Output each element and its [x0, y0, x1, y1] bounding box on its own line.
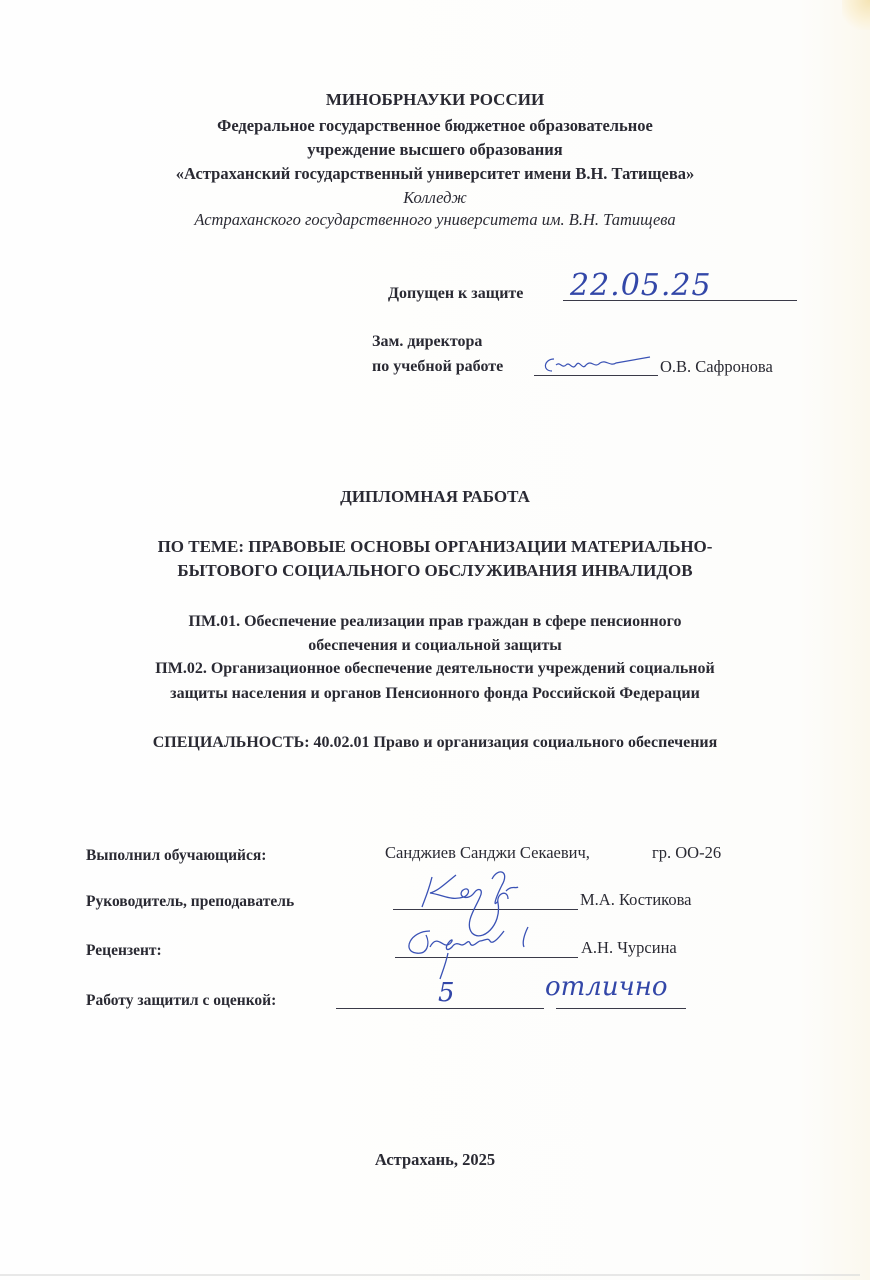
- pm01-line-1: ПМ.01. Обеспечение реализации прав гражд…: [0, 613, 870, 631]
- grade-number-line: [336, 1008, 544, 1009]
- deputy-signature-icon: [540, 355, 660, 377]
- pm02-line-2: защиты населения и органов Пенсионного ф…: [0, 685, 870, 703]
- college-of-university: Астраханского государственного университ…: [0, 210, 870, 230]
- specialty: СПЕЦИАЛЬНОСТЬ: 40.02.01 Право и организа…: [0, 734, 870, 752]
- institution-line-2: учреждение высшего образования: [0, 140, 870, 160]
- admitted-label: Допущен к защите: [388, 285, 523, 303]
- student-name: Санджиев Санджи Секаевич,: [385, 843, 590, 863]
- supervisor-name: М.А. Костикова: [580, 890, 692, 910]
- supervisor-label: Руководитель, преподаватель: [86, 893, 294, 911]
- document-page: МИНОБРНАУКИ РОССИИ Федеральное государст…: [0, 0, 870, 1280]
- college-label: Колледж: [0, 188, 870, 208]
- grade-word-handwritten: отлично: [545, 972, 668, 1002]
- ministry-heading: МИНОБРНАУКИ РОССИИ: [0, 90, 870, 110]
- page-edge: [0, 1274, 860, 1276]
- deputy-label-line-1: Зам. директора: [372, 333, 482, 351]
- deputy-name: О.В. Сафронова: [660, 357, 773, 377]
- grade-label: Работу защитил с оценкой:: [86, 992, 276, 1010]
- document-type: ДИПЛОМНАЯ РАБОТА: [0, 487, 870, 507]
- student-group: гр. ОО-26: [652, 843, 721, 863]
- university-name: «Астраханский государственный университе…: [0, 164, 870, 184]
- grade-number-handwritten: 5: [438, 978, 455, 1008]
- institution-line-1: Федеральное государственное бюджетное об…: [0, 116, 870, 136]
- grade-word-line: [556, 1008, 686, 1009]
- paper-stain: [842, 0, 870, 30]
- admitted-date-handwritten: 22.05.25: [570, 268, 712, 303]
- reviewer-name: А.Н. Чурсина: [581, 938, 677, 958]
- pm02-line-1: ПМ.02. Организационное обеспечение деяте…: [0, 660, 870, 678]
- topic-line-2: БЫТОВОГО СОЦИАЛЬНОГО ОБСЛУЖИВАНИЯ ИНВАЛИ…: [0, 561, 870, 581]
- pm01-line-2: обеспечения и социальной защиты: [0, 637, 870, 655]
- student-label: Выполнил обучающийся:: [86, 847, 266, 865]
- city-year: Астрахань, 2025: [0, 1150, 870, 1170]
- topic-line-1: ПО ТЕМЕ: ПРАВОВЫЕ ОСНОВЫ ОРГАНИЗАЦИИ МАТ…: [0, 537, 870, 557]
- reviewer-label: Рецензент:: [86, 942, 162, 960]
- deputy-label-line-2: по учебной работе: [372, 358, 503, 376]
